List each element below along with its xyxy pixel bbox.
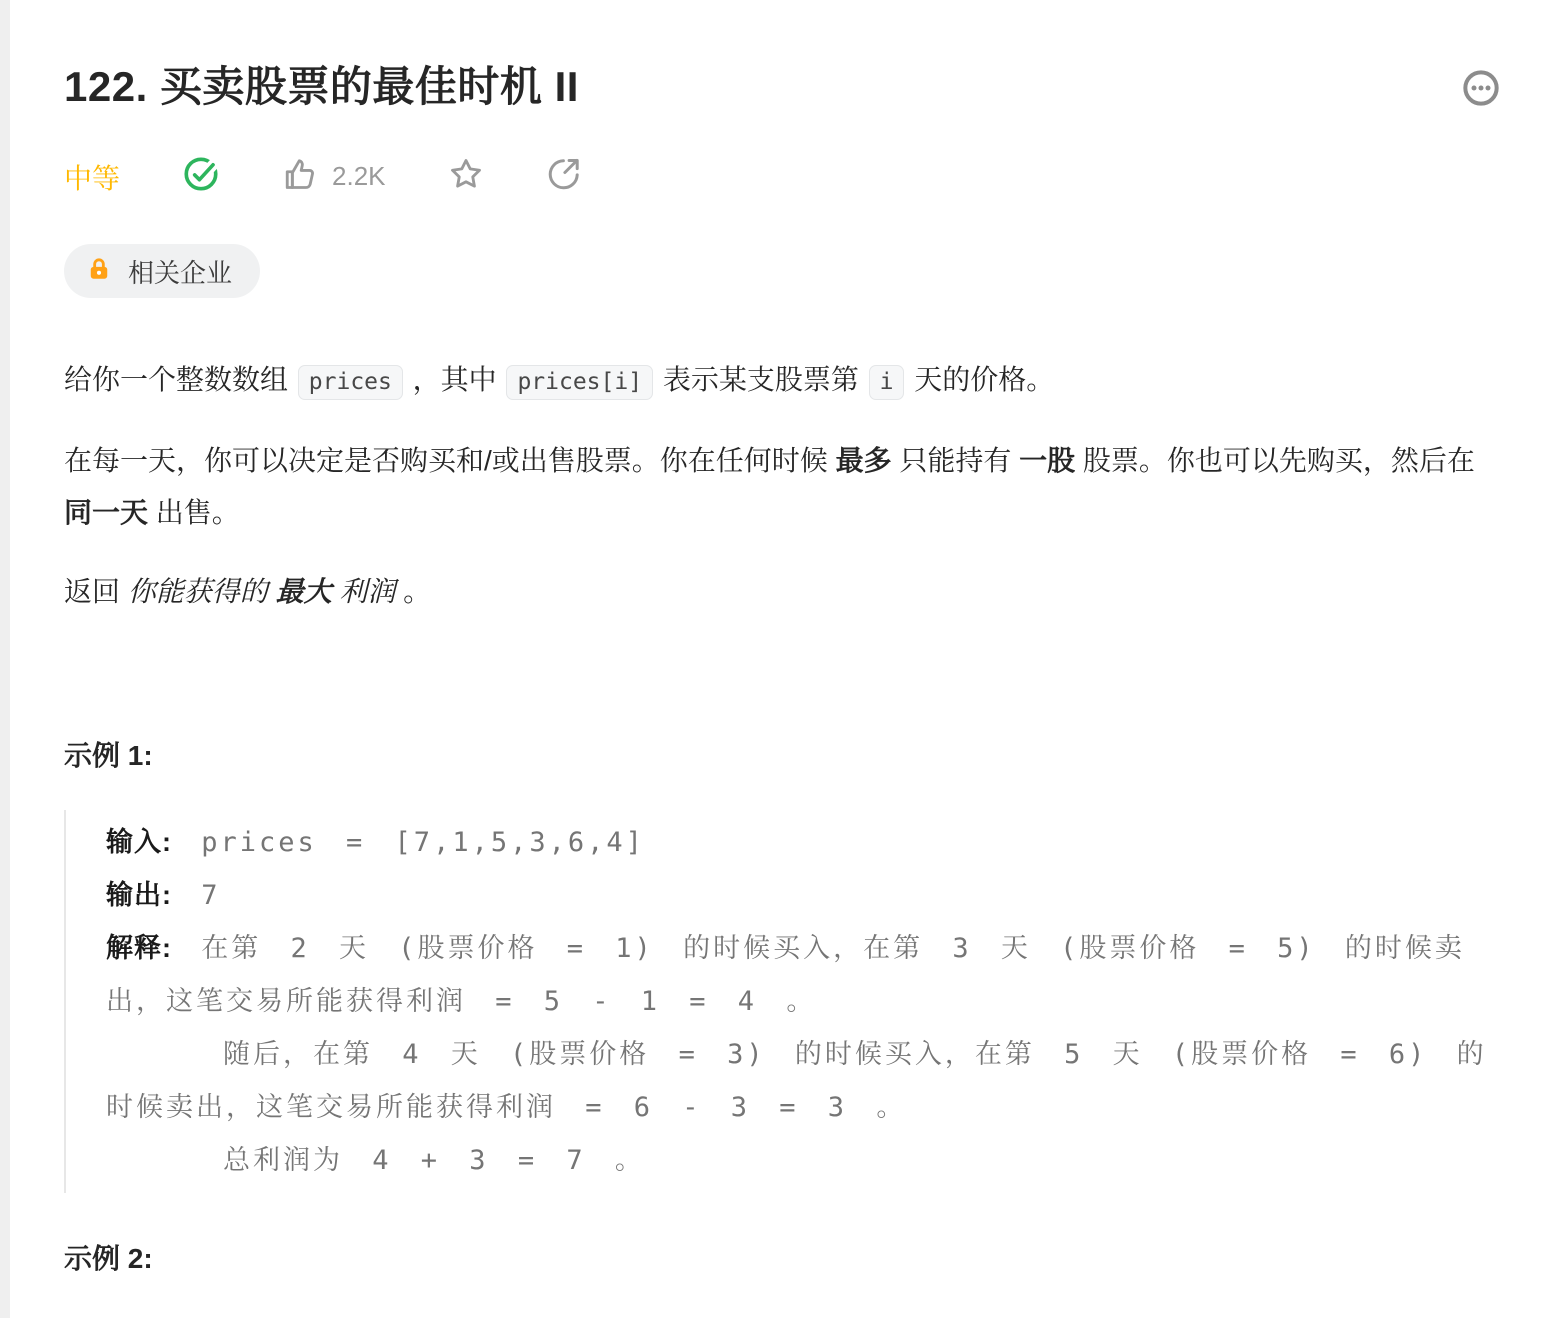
problem-description-panel: 122. 买卖股票的最佳时机 II 中等 xyxy=(10,0,1551,1318)
panel-left-edge xyxy=(0,0,10,1318)
inline-code: i xyxy=(869,365,905,400)
difficulty-badge: 中等 xyxy=(64,157,120,197)
lock-icon xyxy=(86,256,112,287)
text-segment: 你能获得的 xyxy=(128,576,276,607)
like-button[interactable]: 2.2K xyxy=(282,156,386,197)
problem-paragraph: 返回 你能获得的 最大 利润 。 xyxy=(64,566,1505,618)
tag-row: 相关企业 xyxy=(64,244,1505,298)
text-segment: 在每一天，你可以决定是否购买和/或出售股票。你在任何时候 xyxy=(64,445,836,476)
text-segment: 表示某支股票第 xyxy=(655,364,867,395)
title-row: 122. 买卖股票的最佳时机 II xyxy=(64,62,1505,113)
text-segment: 最大 xyxy=(276,576,332,607)
inline-code: prices xyxy=(298,365,403,400)
example1-heading: 示例 1: xyxy=(64,736,1505,776)
example1-output-line: 输出: 7 xyxy=(106,869,1505,922)
text-segment: 利润 xyxy=(332,576,396,607)
example1-block: 输入: prices = [7,1,5,3,6,4] 输出: 7 解释: 在第 … xyxy=(64,810,1505,1193)
text-segment: 最多 xyxy=(836,445,892,476)
meta-row: 中等 2.2K xyxy=(64,155,1505,198)
problem-statement: 给你一个整数数组 prices ，其中 prices[i] 表示某支股票第 i … xyxy=(64,354,1505,618)
page-title: 122. 买卖股票的最佳时机 II xyxy=(64,62,579,112)
tag-label: 相关企业 xyxy=(128,253,232,290)
text-segment: 同一天 xyxy=(64,497,148,528)
text-segment: ，其中 xyxy=(405,364,505,395)
text-segment: 出售。 xyxy=(148,497,240,528)
thumbs-up-icon xyxy=(282,156,318,197)
text-segment: 返回 xyxy=(64,576,128,607)
example1-input-line: 输入: prices = [7,1,5,3,6,4] xyxy=(106,816,1505,869)
more-options-button[interactable] xyxy=(1461,68,1501,113)
text-segment: 股票。你也可以先购买，然后在 xyxy=(1075,445,1475,476)
output-value: 7 xyxy=(172,880,221,911)
share-button[interactable] xyxy=(546,156,582,197)
example2-heading: 示例 2: xyxy=(64,1237,1505,1277)
text-segment: 给你一个整数数组 xyxy=(64,364,296,395)
likes-count: 2.2K xyxy=(332,161,386,192)
explanation-label: 解释: xyxy=(106,933,172,963)
favorite-button[interactable] xyxy=(448,156,484,197)
example1-explanation-line: 解释: 在第 2 天 (股票价格 = 1) 的时候买入，在第 3 天 (股票价格… xyxy=(106,922,1505,1187)
problem-paragraph: 在每一天，你可以决定是否购买和/或出售股票。你在任何时候 最多 只能持有 一股 … xyxy=(64,435,1505,539)
problem-paragraph: 给你一个整数数组 prices ，其中 prices[i] 表示某支股票第 i … xyxy=(64,354,1505,408)
star-icon xyxy=(448,156,484,197)
solved-check-icon xyxy=(182,155,220,198)
input-value: prices = [7,1,5,3,6,4] xyxy=(172,827,645,858)
text-segment: 天的价格。 xyxy=(906,364,1054,395)
text-segment: 。 xyxy=(395,576,431,607)
text-segment: 一股 xyxy=(1019,445,1075,476)
inline-code: prices[i] xyxy=(506,365,653,400)
share-icon xyxy=(546,156,582,197)
explanation-value: 在第 2 天 (股票价格 = 1) 的时候买入，在第 3 天 (股票价格 = 5… xyxy=(106,933,1487,1176)
text-segment: 只能持有 xyxy=(892,445,1020,476)
related-companies-tag[interactable]: 相关企业 xyxy=(64,244,260,298)
circled-ellipsis-icon xyxy=(1461,68,1501,113)
output-label: 输出: xyxy=(106,880,172,910)
input-label: 输入: xyxy=(106,827,172,857)
